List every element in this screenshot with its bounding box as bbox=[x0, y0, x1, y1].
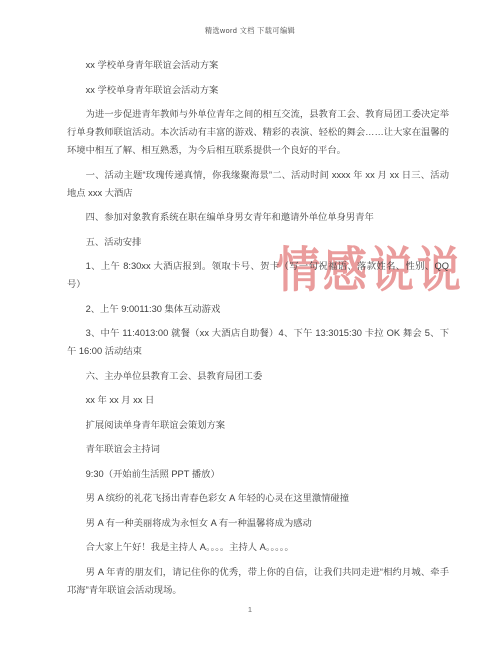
paragraph: 男 A 年青的朋友们，请记住你的优秀，带上你的自信，让我们共同走进“相约月城、牵… bbox=[67, 563, 449, 599]
paragraph: 四、参加对象教育系统在职在编单身男女青年和邀请外单位单身男青年 bbox=[67, 208, 449, 226]
paragraph: 六、主办单位县教育工会、县教育局团工委 bbox=[67, 367, 449, 385]
paragraph: 9:30（开始前生活照 PPT 播放） bbox=[67, 465, 449, 483]
paragraph: 合大家上午好！我是主持人 A。。。。主持人 A。。。。。 bbox=[67, 538, 449, 556]
paragraph: xx 学校单身青年联谊会活动方案 bbox=[67, 56, 449, 74]
paragraph: 为进一步促进青年教师与外单位青年之间的相互交流，县教育工会、教育局团工委决定举行… bbox=[67, 105, 449, 159]
paragraph: 一、活动主题“玫瑰传递真情，你我缘聚海景”二、活动时间 xxxx 年 xx 月 … bbox=[67, 166, 449, 202]
document-body: xx 学校单身青年联谊会活动方案xx 学校单身青年联谊会活动方案为进一步促进青年… bbox=[67, 56, 449, 605]
paragraph: 2、上午 9:0011:30 集体互动游戏 bbox=[67, 300, 449, 318]
paragraph: xx 学校单身青年联谊会活动方案 bbox=[67, 81, 449, 99]
paragraph: 五、活动安排 bbox=[67, 233, 449, 251]
word-document-page: 精选word 文档 下载可编辑 情感说说 xx 学校单身青年联谊会活动方案xx … bbox=[0, 0, 500, 647]
paragraph: 青年联谊会主持词 bbox=[67, 440, 449, 458]
document-header-note: 精选word 文档 下载可编辑 bbox=[0, 26, 500, 36]
page-number: 1 bbox=[0, 605, 500, 614]
paragraph: 男 A 缤纷的礼花飞扬出青春色彩女 A 年轻的心灵在这里激情碰撞 bbox=[67, 489, 449, 507]
paragraph: 1、上午 8:30xx 大酒店报到。领取卡号、贺卡（写一句祝福语、落款姓名、性别… bbox=[67, 257, 449, 293]
paragraph: 3、中午 11:4013:00 就餐（xx 大酒店自助餐）4、下午 13:301… bbox=[67, 324, 449, 360]
paragraph: 扩展阅读单身青年联谊会策划方案 bbox=[67, 416, 449, 434]
paragraph: xx 年 xx 月 xx 日 bbox=[67, 391, 449, 409]
paragraph: 男 A 有一种美丽将成为永恒女 A 有一种温馨将成为感动 bbox=[67, 514, 449, 532]
